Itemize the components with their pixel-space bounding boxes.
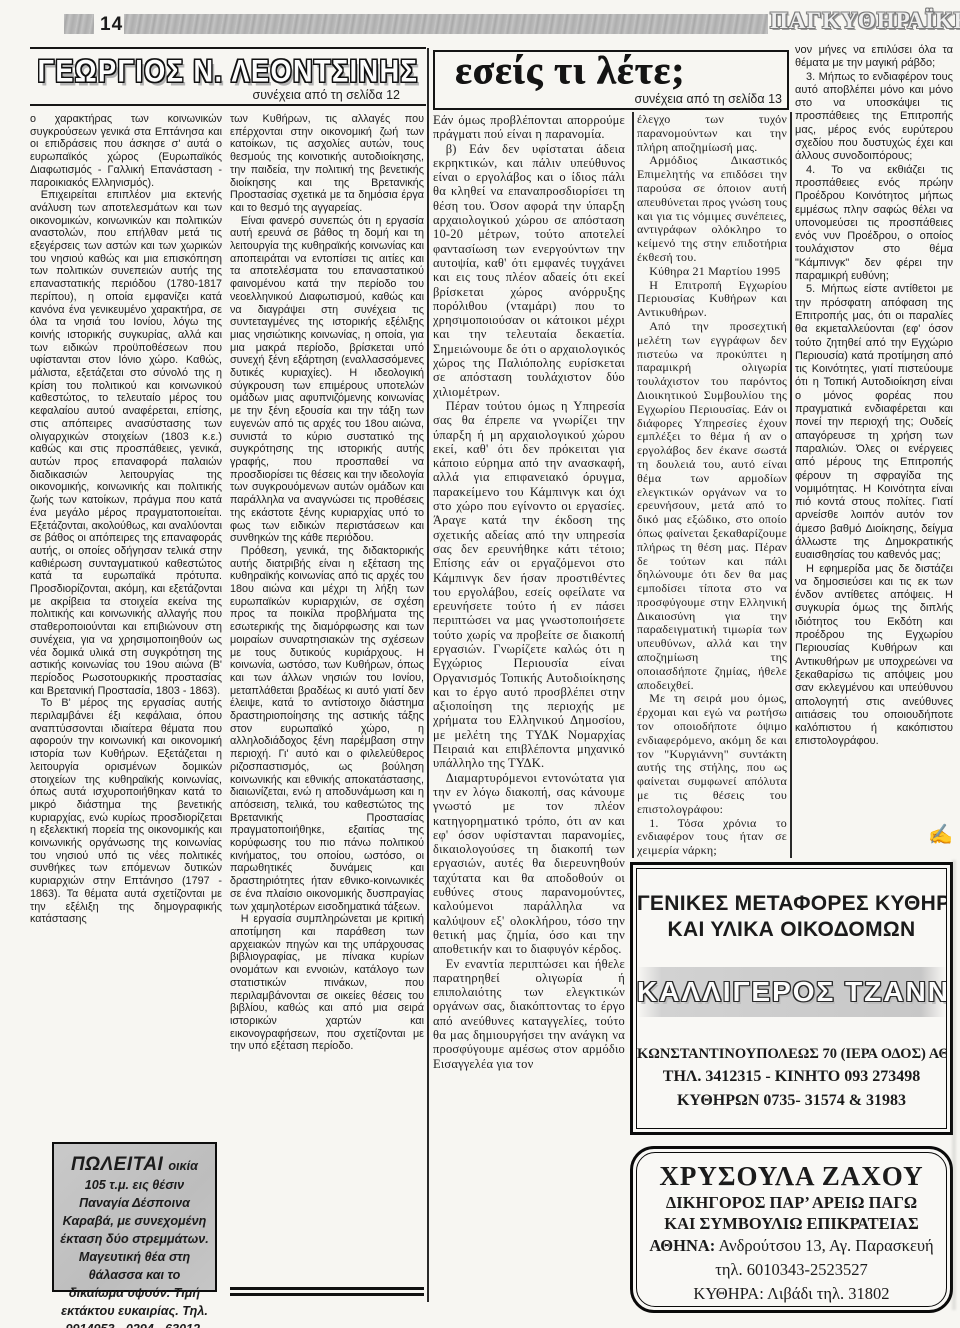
- middle-article-column-3: νον μήνες να επιλύσει όλα τα θέματα με τ…: [795, 44, 953, 828]
- column-divider-left: [427, 48, 429, 1302]
- middle-article-header-box: εσείς τι λέτε; συνέχεια από τη σελίδα 13: [433, 50, 789, 110]
- lawyer-ad-inner: ΧΡΥΣΟΥΛΑ ΖΑΧΟΥ ΔΙΚΗΓΟΡΟΣ ΠΑΡ’ ΑΡΕΙΩ ΠΑΓΩ…: [636, 1152, 947, 1307]
- left-article-bottom-rule: [30, 104, 426, 106]
- column-divider-middle: [632, 112, 634, 858]
- classified-ad-box: ΠΩΛΕΙΤΑΙοικία 105 τ.μ. εις θέσιν Παναγία…: [52, 1142, 217, 1292]
- left-article-continuation: συνέχεια από τη σελίδα 12: [30, 88, 400, 102]
- header-bar: [124, 14, 768, 34]
- classified-body: οικία 105 τ.μ. εις θέσιν Παναγία Δέσποιν…: [60, 1159, 208, 1328]
- middle-article-title: εσείς τι λέτε;: [455, 48, 685, 93]
- lawyer-ad-title2: ΚΑΙ ΣΥΜΒΟΥΛΙΩ ΕΠΙΚΡΑΤΕΙΑΣ: [637, 1213, 946, 1234]
- lawyer-ad-title1: ΔΙΚΗΓΟΡΟΣ ΠΑΡ’ ΑΡΕΙΩ ΠΑΓΩ: [637, 1192, 946, 1213]
- lawyer-ad-kythira: ΚΥΘΗΡΑ: Λιβάδι τηλ. 31802: [637, 1282, 946, 1306]
- movers-ad-line2: ΚΑΙ ΥΛΙΚΑ ΟΙΚΟΔΟΜΩΝ: [637, 917, 946, 943]
- classified-lead: ΠΩΛΕΙΤΑΙ: [71, 1154, 163, 1175]
- middle-article-column-2: έλεγχο των τυχόν παρανομούντων και την π…: [637, 113, 787, 858]
- lawyer-ad-name: ΧΡΥΣΟΥΛΑ ΖΑΧΟΥ: [637, 1161, 946, 1192]
- movers-ad-address: ΚΩΝΣΤΑΝΤΙΝΟΥΠΟΛΕΩΣ 70 (ΙΕΡΑ ΟΔΟΣ) ΑΘΗΝΑ: [637, 1043, 946, 1065]
- page-number: 14: [100, 14, 123, 36]
- lawyer-ad-athens-address: Ανδρούτσου 13, Αγ. Παρασκευή: [718, 1236, 933, 1255]
- lawyer-ad-athens: ΑΘΗΝΑ: Ανδρούτσου 13, Αγ. Παρασκευή: [637, 1234, 946, 1258]
- masthead: ΠΑΓΚΥΘΗΡΑΪΚΗ: [770, 8, 960, 34]
- movers-ad-phone2: ΚΥΘΗΡΩΝ 0735- 31574 & 31983: [637, 1089, 946, 1113]
- movers-ad-inner: ΓΕΝΙΚΕΣ ΜΕΤΑΦΟΡΕΣ ΚΥΘΗΡΩΝ ΚΑΙ ΥΛΙΚΑ ΟΙΚΟ…: [636, 868, 947, 1129]
- scan-edge-artifact: [952, 860, 956, 1310]
- left-article-title: ΓΕΩΡΓΙΟΣ Ν. ΛΕΟΝΤΣΙΝΗΣ: [30, 54, 426, 90]
- middle-article-continuation: συνέχεια από τη σελίδα 13: [582, 92, 782, 106]
- middle-article-column-1: Εάν όμως προβλέπονται απορρούμε πράγματι…: [433, 113, 625, 1320]
- newspaper-page: 14 ΠΑΓΚΥΘΗΡΑΪΚΗ ΓΕΩΡΓΙΟΣ Ν. ΛΕΟΝΤΣΙΝΗΣ σ…: [0, 0, 960, 1328]
- lawyer-ad-athens-label: ΑΘΗΝΑ:: [649, 1236, 715, 1255]
- column-divider-right: [790, 112, 792, 858]
- lawyer-ad-phone: τηλ. 6010343-2523527: [637, 1258, 946, 1282]
- movers-ad-phone1: ΤΗΛ. 3412315 - ΚΙΝΗΤΟ 093 273498: [637, 1065, 946, 1089]
- movers-ad-name: ΚΑΛΛΙΓΕΡΟΣ ΤΖΑΝΝΕΣ: [637, 967, 946, 1017]
- header-left-block: [64, 14, 94, 34]
- movers-ad-line1: ΓΕΝΙΚΕΣ ΜΕΤΑΦΟΡΕΣ ΚΥΘΗΡΩΝ: [637, 891, 946, 917]
- left-article-column-2: των Κυθήρων, τις αλλαγές που επέρχονται …: [230, 113, 424, 1283]
- signature-pen-icon: ✍: [928, 822, 953, 847]
- left-article-top-rule: [30, 47, 426, 49]
- left-article-column-1: ο χαρακτήρας των κοινωνικών συγκρούσεων …: [30, 113, 222, 1063]
- movers-ad-box: ΓΕΝΙΚΕΣ ΜΕΤΑΦΟΡΕΣ ΚΥΘΗΡΩΝ ΚΑΙ ΥΛΙΚΑ ΟΙΚΟ…: [630, 862, 953, 1135]
- lawyer-ad-box: ΧΡΥΣΟΥΛΑ ΖΑΧΟΥ ΔΙΚΗΓΟΡΟΣ ΠΑΡ’ ΑΡΕΙΩ ΠΑΓΩ…: [630, 1146, 953, 1313]
- left-article-end-rule: [230, 1287, 424, 1296]
